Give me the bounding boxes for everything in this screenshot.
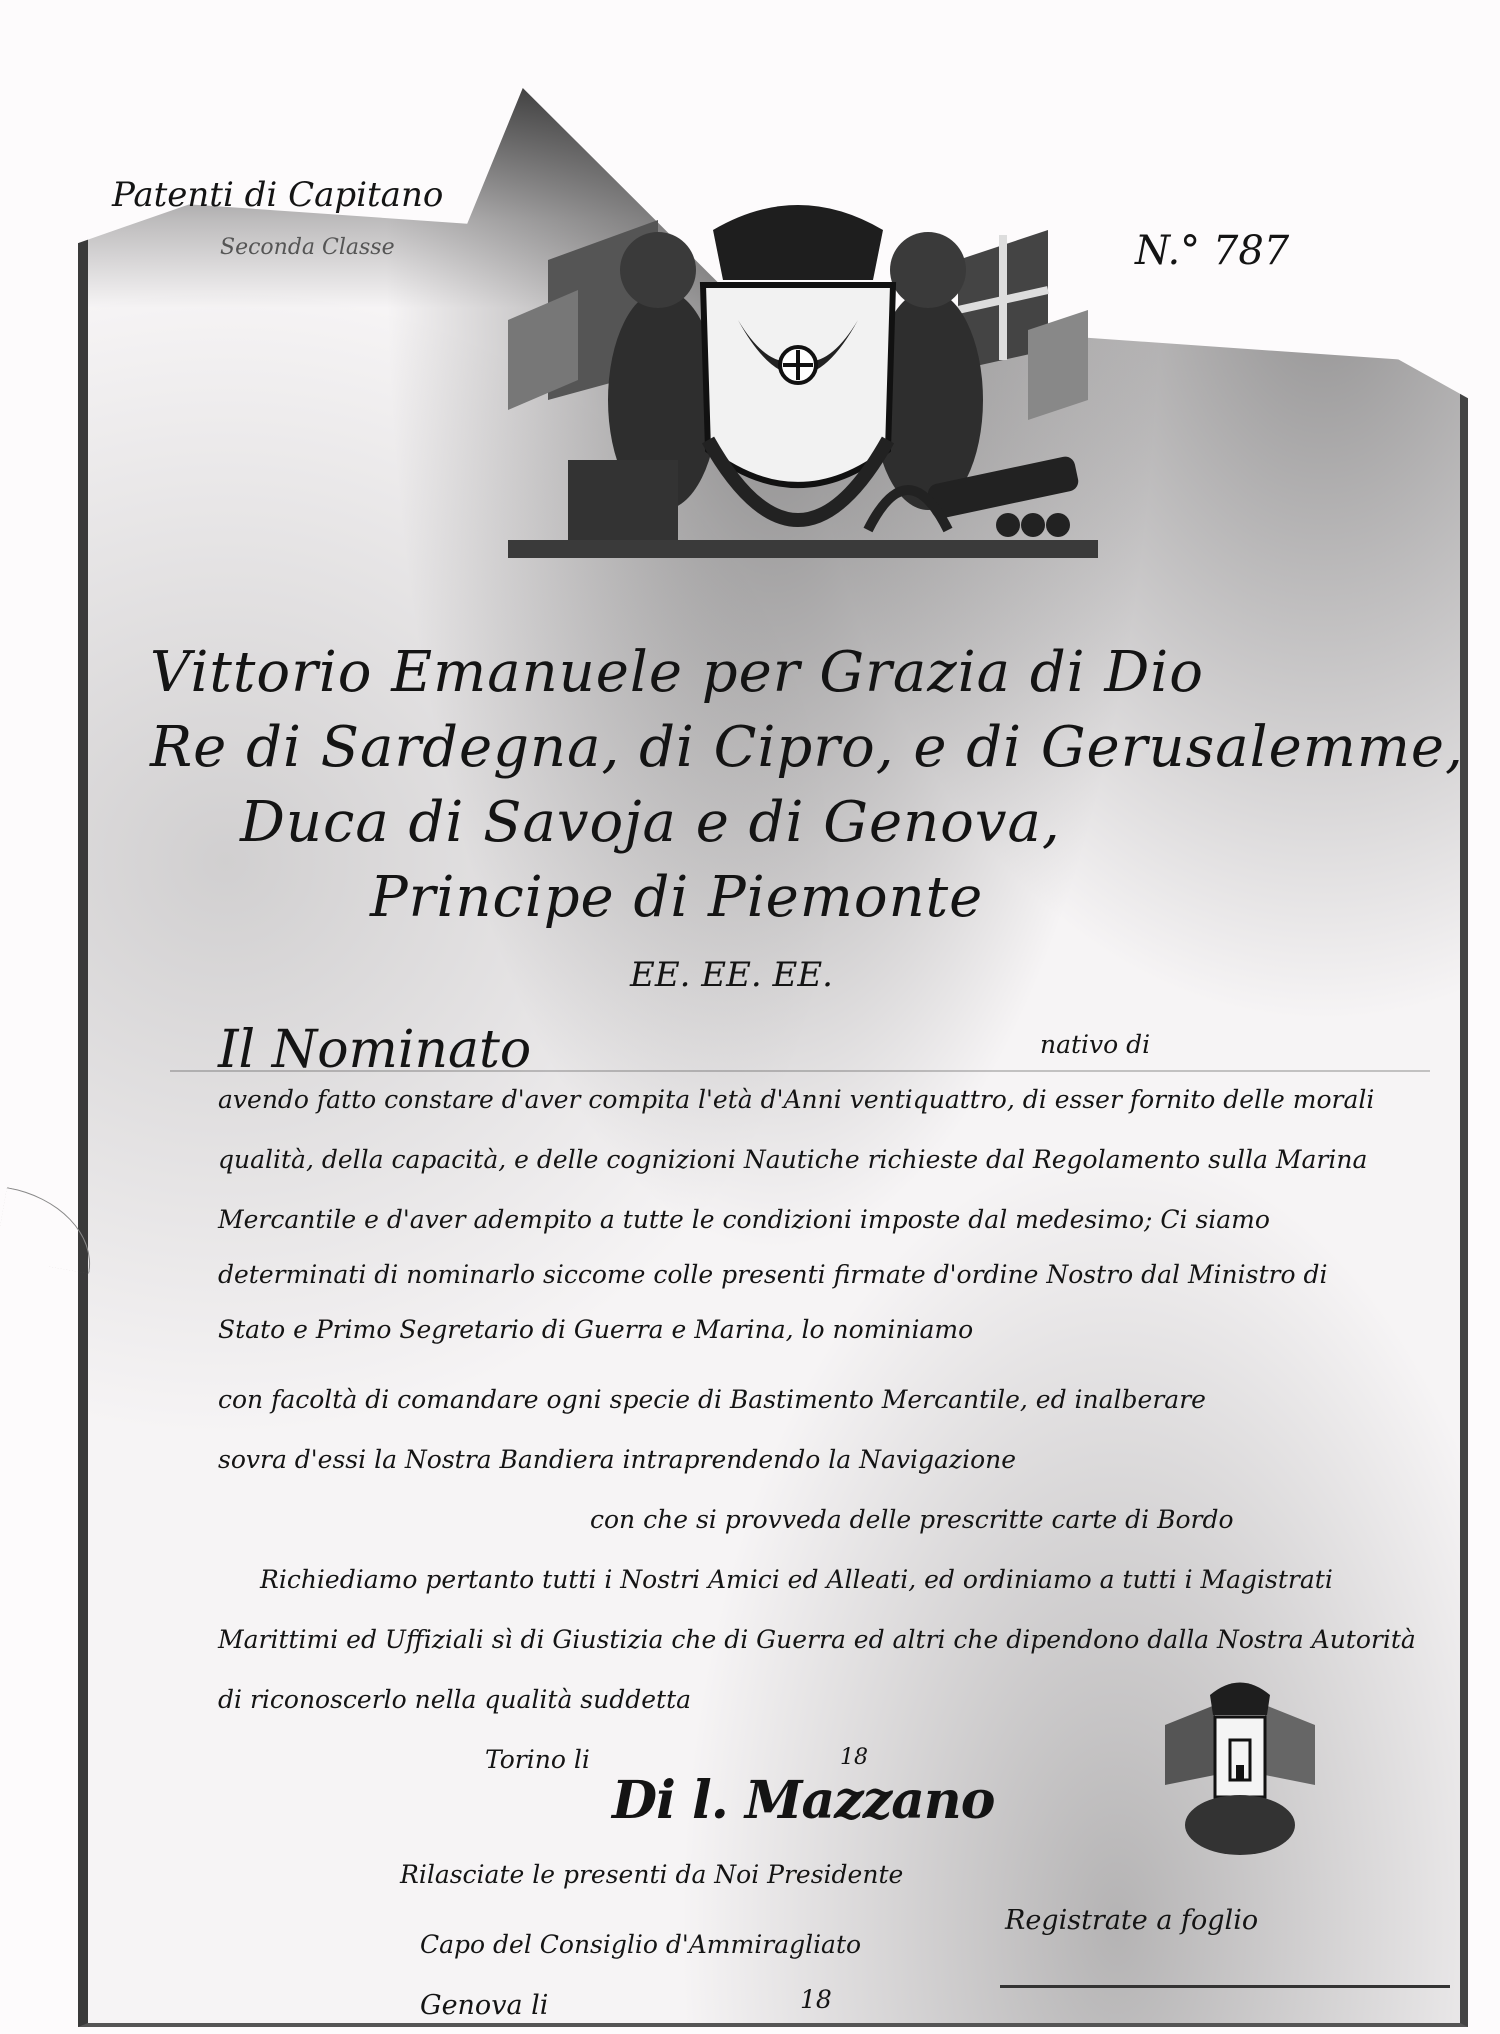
body-line: qualità, della capacità, e delle cognizi… [218, 1145, 1367, 1174]
body-line: sovra d'essi la Nostra Bandiera intrapre… [218, 1445, 1016, 1474]
issued-place: Genova li [420, 1990, 548, 2021]
issued-by-line: Rilasciate le presenti da Noi Presidente [400, 1860, 903, 1889]
body-line: di riconoscerlo nella qualità suddetta [218, 1685, 691, 1714]
nominee-intro-text: Il Nominato [218, 1020, 531, 1080]
body-line: Richiediamo pertanto tutti i Nostri Amic… [260, 1565, 1333, 1594]
place-date: Torino li [485, 1745, 590, 1774]
native-of-label: nativo di [1040, 1030, 1150, 1059]
year-stub: 18 [840, 1745, 868, 1770]
admiralty-seal-icon [1155, 1665, 1325, 1875]
signature: Di l. Mazzano [612, 1770, 994, 1831]
nominee-intro: Il Nominato [218, 1020, 531, 1080]
document-number: N.° 787 [1135, 228, 1289, 274]
body-line: Mercantile e d'aver adempito a tutte le … [218, 1205, 1270, 1234]
issued-by-line: Capo del Consiglio d'Ammiragliato [420, 1930, 861, 1959]
issued-year: 18 [800, 1985, 832, 2014]
body-line: con che si provveda delle prescritte car… [590, 1505, 1234, 1534]
document-class: Seconda Classe [220, 235, 395, 260]
bottom-rule [1000, 1985, 1450, 1988]
number-value: 787 [1213, 228, 1289, 274]
body-line: determinati di nominarlo siccome colle p… [218, 1260, 1327, 1289]
royal-title-line: Duca di Savoja e di Genova, [240, 790, 1061, 855]
body-line: con facoltà di comandare ogni specie di … [218, 1385, 1206, 1414]
number-label: N.° [1135, 228, 1200, 274]
document-heading: Patenti di Capitano [112, 175, 443, 215]
body-line: Stato e Primo Segretario di Guerra e Mar… [218, 1315, 973, 1344]
body-line: Marittimi ed Uffiziali sì di Giustizia c… [218, 1625, 1416, 1654]
royal-title-line: Re di Sardegna, di Cipro, e di Gerusalem… [150, 715, 1464, 780]
coat-of-arms-icon [508, 200, 1098, 590]
registration-note: Registrate a foglio [1005, 1905, 1258, 1936]
etcetera-line: EE. EE. EE. [630, 955, 833, 995]
royal-title-line: Principe di Piemonte [370, 865, 983, 930]
royal-title-line: Vittorio Emanuele per Grazia di Dio [150, 640, 1204, 705]
body-line: avendo fatto constare d'aver compita l'e… [218, 1085, 1374, 1114]
